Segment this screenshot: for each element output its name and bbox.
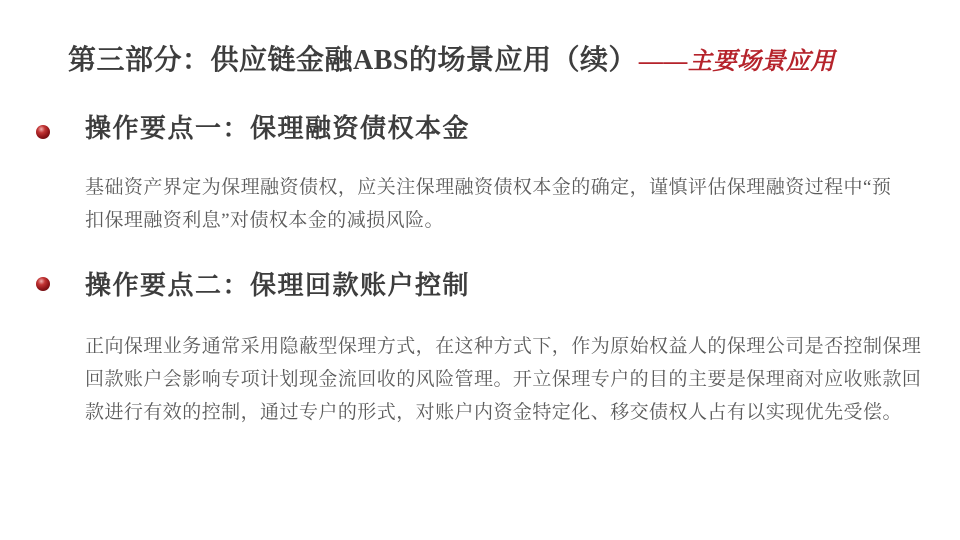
section-1-body-line: 基础资产界定为保理融资债权，应关注保理融资债权本金的确定，谨慎评估保理融资过程中… — [85, 171, 933, 204]
presentation-slide: 第三部分：供应链金融ABS的场景应用（续）——主要场景应用 操作要点一：保理融资… — [0, 0, 960, 540]
section-2-body-line: 款进行有效的控制，通过专户的形式，对账户内资金特定化、移交债权人占有以实现优先受… — [85, 396, 933, 429]
section-2-body: 正向保理业务通常采用隐蔽型保理方式，在这种方式下，作为原始权益人的保理公司是否控… — [85, 330, 933, 429]
section-1-body-line: 扣保理融资利息”对债权本金的减损风险。 — [85, 204, 933, 237]
section-2-heading: 操作要点二：保理回款账户控制 — [85, 269, 470, 303]
slide-title-highlight: ——主要场景应用 — [639, 49, 835, 75]
section-2-body-line: 回款账户会影响专项计划现金流回收的风险管理。开立保理专户的目的主要是保理商对应收… — [85, 363, 933, 396]
bullet-icon — [36, 125, 50, 139]
bullet-icon — [36, 277, 50, 291]
section-2-body-line: 正向保理业务通常采用隐蔽型保理方式，在这种方式下，作为原始权益人的保理公司是否控… — [85, 330, 933, 363]
section-1-heading: 操作要点一：保理融资债权本金 — [85, 112, 470, 146]
slide-title-main: 第三部分：供应链金融ABS的场景应用（续） — [68, 45, 637, 76]
slide-title: 第三部分：供应链金融ABS的场景应用（续）——主要场景应用 — [68, 40, 835, 86]
section-1-body: 基础资产界定为保理融资债权，应关注保理融资债权本金的确定，谨慎评估保理融资过程中… — [85, 171, 933, 237]
